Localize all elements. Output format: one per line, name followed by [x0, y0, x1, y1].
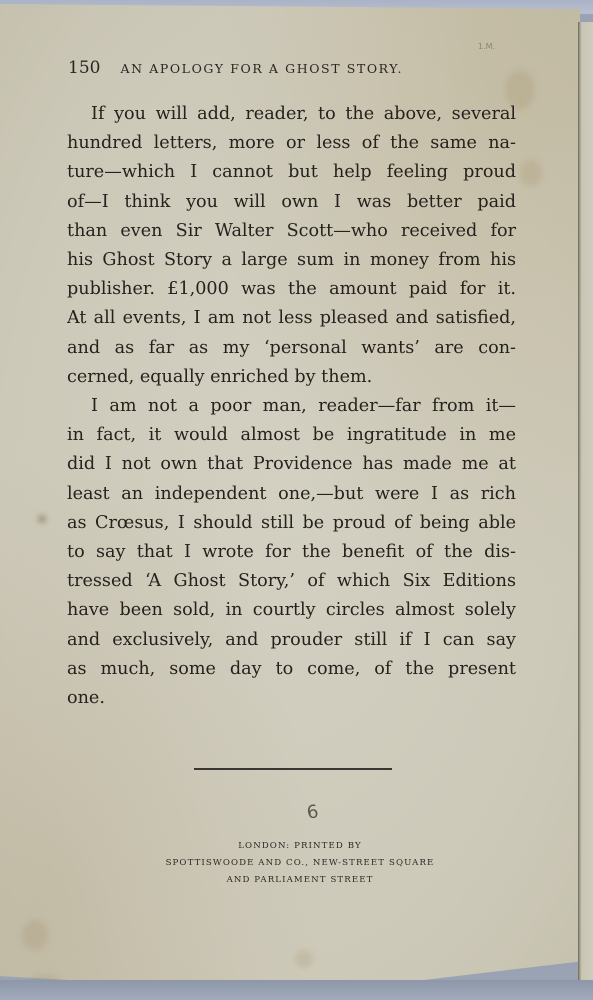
running-head: 150 AN APOLOGY FOR A GHOST STORY.	[68, 58, 488, 82]
text-line: as Crœsus, I should still be proud of be…	[67, 509, 516, 538]
foxing-stain	[38, 515, 46, 523]
foxing-stain	[520, 160, 542, 186]
text-line: and exclusively, and prouder still if I …	[67, 626, 516, 655]
adjacent-page-edge	[578, 22, 593, 982]
imprint-line: AND PARLIAMENT STREET	[150, 872, 450, 889]
text-line: than even Sir Walter Scott—who received …	[67, 217, 516, 246]
closing-rule	[194, 768, 392, 770]
text-line: his Ghost Story a large sum in money fro…	[67, 246, 516, 275]
foxing-stain	[22, 920, 48, 950]
text-line: have been sold, in courtly circles almos…	[67, 596, 516, 625]
photo-backdrop-bottom	[0, 980, 593, 1000]
imprint-line: LONDON: PRINTED BY	[150, 838, 450, 855]
foxing-stain	[295, 950, 313, 968]
text-line: and as far as my ‘personal wants’ are co…	[67, 334, 516, 363]
pencil-annotation-top: 1.M.	[478, 42, 495, 51]
page-gutter-line	[578, 22, 579, 982]
text-line: to say that I wrote for the benefit of t…	[67, 538, 516, 567]
paragraph-1: If you will add, reader, to the above, s…	[67, 100, 516, 392]
text-line: I am not a poor man, reader—far from it—	[67, 392, 516, 421]
text-line: of—I think you will own I was better pai…	[67, 188, 516, 217]
text-line: in fact, it would almost be ingratitude …	[67, 421, 516, 450]
printer-imprint: LONDON: PRINTED BY SPOTTISWOODE AND CO.,…	[150, 838, 450, 889]
text-line: If you will add, reader, to the above, s…	[67, 100, 516, 129]
text-line: cerned, equally enriched by them.	[67, 363, 516, 392]
text-line: did I not own that Providence has made m…	[67, 450, 516, 479]
page-number: 150	[68, 58, 100, 78]
paragraph-2: I am not a poor man, reader—far from it—…	[67, 392, 516, 713]
text-line: hundred letters, more or less of the sam…	[67, 129, 516, 158]
text-line: ture—which I cannot but help feeling pro…	[67, 158, 516, 187]
text-line: one.	[67, 684, 516, 713]
body-text: If you will add, reader, to the above, s…	[67, 100, 516, 713]
text-line: as much, some day to come, of the presen…	[67, 655, 516, 684]
text-line: publisher. £1,000 was the amount paid fo…	[67, 275, 516, 304]
text-line: tressed ‘A Ghost Story,’ of which Six Ed…	[67, 567, 516, 596]
running-title: AN APOLOGY FOR A GHOST STORY.	[120, 61, 403, 76]
imprint-line: SPOTTISWOODE AND CO., NEW-STREET SQUARE	[150, 855, 450, 872]
text-line: At all events, I am not less pleased and…	[67, 304, 516, 333]
text-line: least an independent one,—but were I as …	[67, 480, 516, 509]
